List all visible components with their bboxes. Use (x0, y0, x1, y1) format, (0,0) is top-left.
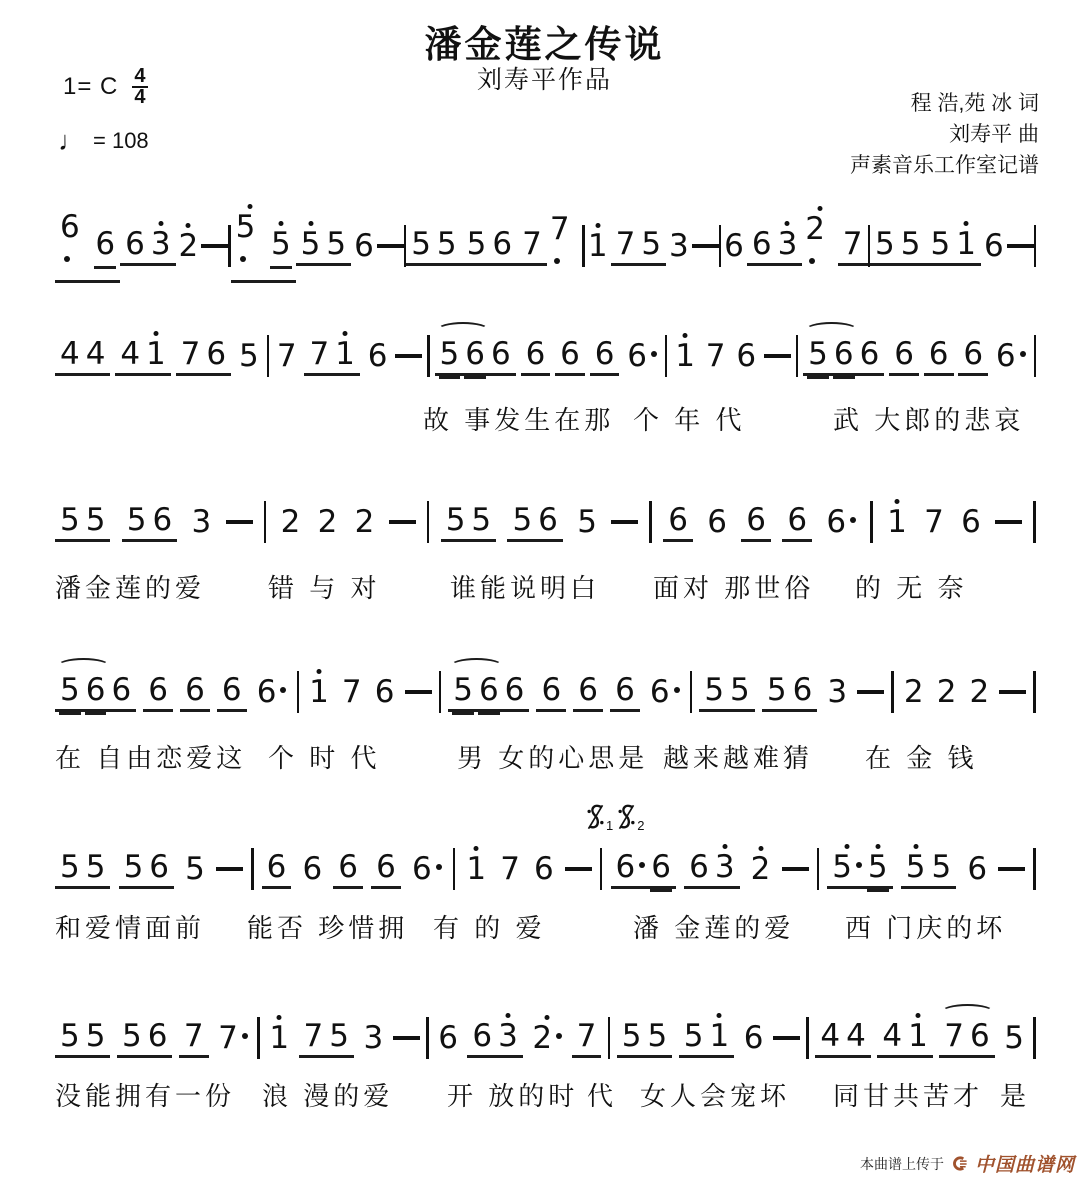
augmentation-dot (242, 1033, 248, 1039)
octave-dot (595, 223, 600, 228)
note: 4 (117, 337, 143, 371)
octave-dot (875, 844, 880, 849)
note-group: 55 (296, 227, 351, 266)
lyric-group: 没能拥有一份 (55, 1076, 235, 1113)
lyric-group: 代 (587, 1076, 617, 1113)
music-line: 4441765771656666661765666666 (55, 332, 1036, 380)
lyric-group: 是 (1000, 1076, 1030, 1113)
octave-dot (683, 333, 688, 338)
octave-dot (186, 223, 191, 228)
augmentation-dot (1020, 351, 1026, 357)
note-group: 55 (901, 850, 956, 889)
note-group: 55 (231, 210, 296, 283)
note: 6 (57, 210, 92, 278)
note-group: 6 (573, 673, 603, 712)
note: 4 (83, 337, 109, 371)
lyric-group: 越来越难猜 (663, 738, 813, 775)
note: 1 (953, 227, 979, 261)
note: 5 (638, 227, 664, 261)
note: 5 (443, 503, 469, 537)
dash-note (201, 244, 228, 248)
barline (806, 1017, 809, 1059)
note: 5 (619, 1019, 645, 1053)
lyric-group: 的 无 奈 (855, 568, 967, 605)
lyrics-line: 和爱情面前能否 珍惜拥有 的 爱潘 金莲的爱西 门庆的坏 (55, 908, 1065, 942)
dash-note (995, 520, 1022, 524)
note: 6 (686, 850, 712, 884)
note-group: 6 (365, 339, 391, 373)
note-group: 56 (507, 503, 562, 542)
note: 6 (958, 505, 984, 539)
note: 6 (557, 337, 583, 371)
note-group: 41 (877, 1019, 932, 1058)
lyrics-line: 没能拥有一份浪 漫的爱开 放的时代女人会宠坏同甘共苦才是 (55, 1076, 1065, 1110)
augmentation-dot (436, 864, 442, 870)
note: 7 (339, 675, 365, 709)
note-group: 7 (215, 1021, 251, 1055)
note-group: 6 (733, 339, 759, 373)
barline (1034, 225, 1036, 267)
note: 6 (462, 337, 488, 371)
dash-note (999, 690, 1026, 694)
note: 5 (764, 673, 790, 707)
tempo-marking: ♩ = 108 (58, 128, 149, 154)
segno-number: 1 (606, 821, 613, 831)
lyric-group: 有 的 爱 (433, 908, 545, 945)
lyric-group: 个 年 代 (633, 400, 745, 437)
dash-note (216, 867, 243, 871)
note-group: 566 (435, 337, 516, 376)
barline (257, 1017, 260, 1059)
note-group: 1 (672, 339, 698, 373)
note: 7 (921, 505, 947, 539)
note: 1 (332, 337, 358, 371)
note: 6 (624, 339, 660, 373)
note-group: 63 (120, 227, 175, 266)
note: 2 (967, 675, 993, 709)
lyric-group: 个 时 代 (268, 738, 380, 775)
note-group: 6 (647, 675, 683, 709)
lyric-group: 浪 漫的爱 (262, 1076, 393, 1113)
note: 1 (905, 1019, 931, 1053)
note: 3 (361, 1021, 387, 1055)
octave-dot (913, 844, 918, 849)
note: 5 (903, 850, 929, 884)
barline (1033, 1017, 1036, 1059)
lyric-group: 男 女的心思是 (457, 738, 648, 775)
time-numerator: 4 (132, 68, 147, 88)
composer-credit: 刘寿平 曲 (850, 119, 1039, 150)
barline (608, 1017, 611, 1059)
site-logo-icon (951, 1155, 968, 1172)
note-group: 7 (572, 1019, 602, 1058)
note-group: 566 (55, 673, 136, 712)
barline (665, 335, 668, 377)
note: 6 (613, 850, 649, 884)
note: 5 (268, 227, 294, 261)
augmentation-dot (240, 256, 246, 262)
note-group: 3 (824, 675, 850, 709)
note: 5 (408, 227, 434, 261)
note-group: 3 (361, 1021, 387, 1055)
note: 6 (741, 1021, 767, 1055)
note-group: 6 (823, 505, 859, 539)
note: 3 (666, 229, 692, 263)
note: 5 (57, 1019, 83, 1053)
note-group: 2 (802, 212, 838, 280)
note-group: 56 (122, 503, 177, 542)
note: 5 (323, 227, 349, 261)
barline (796, 335, 799, 377)
barline (453, 848, 456, 890)
note: 6 (489, 227, 515, 261)
note-group: 1 (266, 1021, 292, 1055)
note-group: 7 (274, 339, 300, 373)
note-group: 6 (254, 675, 290, 709)
note-group: 56 (762, 673, 817, 712)
note: 5 (509, 503, 535, 537)
note: 7 (215, 1021, 251, 1055)
note-group: 63 (684, 850, 739, 889)
site-name: 中国曲谱网 (975, 1150, 1075, 1177)
note: 7 (274, 339, 300, 373)
note: 2 (934, 675, 960, 709)
dash-note (782, 867, 809, 871)
segno-icon (617, 803, 636, 831)
augmentation-dot (639, 862, 645, 868)
note-group: 76 (939, 1019, 994, 1058)
note-group: 3 (666, 229, 692, 263)
barline (817, 848, 820, 890)
note-group: 6 (351, 229, 377, 263)
note: 6 (146, 850, 172, 884)
augmentation-dot (809, 258, 815, 264)
note-group: 63 (747, 227, 802, 266)
quarter-note-icon: ♩ (58, 130, 85, 152)
note: 5 (83, 850, 109, 884)
note: 3 (712, 850, 738, 884)
barline (600, 848, 603, 890)
note: 2 (901, 675, 927, 709)
note: 6 (476, 673, 502, 707)
octave-dot (722, 844, 727, 849)
dash-note (857, 690, 884, 694)
note: 7 (613, 227, 639, 261)
dash-note (764, 354, 791, 358)
note: 6 (704, 505, 730, 539)
time-denominator: 4 (134, 88, 145, 106)
note: 7 (181, 1019, 207, 1053)
note: 4 (817, 1019, 843, 1053)
note: 5 (829, 850, 865, 884)
key-signature: 1= C 4 4 (63, 68, 148, 106)
octave-dot (818, 206, 823, 211)
note: 5 (468, 503, 494, 537)
note: 6 (981, 229, 1007, 263)
note-group: 2 (529, 1021, 565, 1055)
note-group: 2 (934, 675, 960, 709)
music-line: 55565666661766663255556 (55, 845, 1036, 893)
note-group: 6 (721, 229, 747, 263)
note-group: 6 (371, 850, 401, 889)
note-group: 7 (179, 1019, 209, 1058)
octave-dot (894, 499, 899, 504)
note: 6 (721, 229, 747, 263)
note: 6 (299, 852, 325, 886)
octave-dot (915, 1013, 920, 1018)
note-group: 75 (299, 1019, 354, 1058)
note-group: 6 (741, 503, 771, 542)
note: 2 (278, 505, 304, 539)
lyrics-line: 在 自由恋爱这个 时 代男 女的心思是越来越难猜在 金 钱 (55, 738, 1065, 772)
barline (690, 671, 693, 713)
note-group: 5 (236, 339, 262, 373)
barline (427, 501, 430, 543)
octave-dot (785, 221, 790, 226)
note-group: 5 (574, 505, 600, 539)
note-group: 1 (585, 229, 611, 263)
barline (264, 501, 267, 543)
octave-dot (153, 331, 158, 336)
note-group: 1 (884, 505, 910, 539)
note-group: 6 (521, 337, 551, 376)
note: 5 (57, 850, 83, 884)
note: 6 (790, 673, 816, 707)
octave-dot (343, 331, 348, 336)
note-group: 2 (278, 505, 304, 539)
dash-note (692, 244, 719, 248)
note: 6 (823, 505, 859, 539)
barline (891, 671, 894, 713)
lyric-group: 面对 那世俗 (653, 568, 814, 605)
dash-note (611, 520, 638, 524)
music-line: 5666666176566666655563222 (55, 668, 1036, 716)
note: 6 (891, 337, 917, 371)
lyric-group: 谁能说明白 (450, 568, 600, 605)
note: 6 (203, 337, 229, 371)
music-line: 666325555655567717536632755516 (55, 222, 1036, 270)
note: 6 (857, 337, 883, 371)
note: 6 (182, 673, 208, 707)
note: 6 (733, 339, 759, 373)
note: 1 (463, 852, 489, 886)
note-group: 55 (406, 227, 461, 266)
barline (426, 1017, 429, 1059)
octave-dot (474, 846, 479, 851)
note-group: 55 (55, 1019, 110, 1058)
note: 5 (233, 210, 268, 278)
note: 6 (264, 850, 290, 884)
note-group: 6 (143, 673, 173, 712)
note: 6 (523, 337, 549, 371)
note: 6 (960, 337, 986, 371)
note: 2 (176, 229, 202, 263)
lyric-group: 和爱情面前 (55, 908, 205, 945)
augmentation-dot (280, 687, 286, 693)
note: 6 (964, 852, 990, 886)
note: 6 (254, 675, 290, 709)
note-group: 6 (409, 852, 445, 886)
note-group: 66 (55, 210, 120, 283)
dash-note (405, 690, 432, 694)
barline (870, 501, 873, 543)
lyric-group: 潘 金莲的爱 (633, 908, 794, 945)
note-group: 1 (463, 852, 489, 886)
note: 5 (872, 227, 898, 261)
note: 6 (612, 673, 638, 707)
note-group: 6 (555, 337, 585, 376)
lyric-group: 武 大郎的悲哀 (833, 400, 1024, 437)
note: 7 (703, 339, 729, 373)
augmentation-dot (674, 687, 680, 693)
transcriber-credit: 声素音乐工作室记谱 (850, 150, 1039, 181)
note-group: 55 (617, 1019, 672, 1058)
note: 5 (83, 503, 109, 537)
sheet-page: 潘金莲之传说 刘寿平作品 1= C 4 4 ♩ = 108 程 浩,苑 冰 词 … (0, 0, 1089, 1185)
note: 7 (519, 227, 545, 261)
segno-icon: 1 (586, 803, 613, 831)
octave-dot (758, 846, 763, 851)
note: 5 (236, 339, 262, 373)
lyric-group: 西 门庆的坏 (845, 908, 1006, 945)
lyric-group: 错 与 对 (268, 568, 380, 605)
augmentation-dot (651, 351, 657, 357)
barline (649, 501, 652, 543)
lyric-group: 在 自由恋爱这 (55, 738, 246, 775)
note: 4 (843, 1019, 869, 1053)
note-group: 75 (611, 227, 666, 266)
note-group: 6 (333, 850, 363, 889)
segno-marks: 1 2 (586, 803, 644, 831)
note-group: 1 (306, 675, 332, 709)
note: 6 (122, 227, 148, 261)
note-group: 55 (55, 503, 110, 542)
note-group: 55 (699, 673, 754, 712)
note-group: 7 (703, 339, 729, 373)
note: 5 (898, 227, 924, 261)
barline (267, 335, 270, 377)
note: 3 (495, 1019, 521, 1053)
lyrics-line: 故 事发生在那个 年 代武 大郎的悲哀 (55, 400, 1065, 434)
segno-number: 2 (637, 821, 644, 831)
lyric-group: 开 放的时 (447, 1076, 578, 1113)
note-group: 3 (189, 505, 215, 539)
note: 6 (749, 227, 775, 261)
lyric-group: 故 事发生在那 (423, 400, 614, 437)
note: 7 (178, 337, 204, 371)
note: 5 (124, 503, 150, 537)
note: 2 (352, 505, 378, 539)
note: 6 (92, 227, 118, 261)
note: 1 (143, 337, 169, 371)
barline (297, 671, 300, 713)
augmentation-dot (64, 256, 70, 262)
note: 6 (83, 673, 109, 707)
note-group: 56 (117, 1019, 172, 1058)
note: 6 (575, 673, 601, 707)
note-group: 55 (55, 850, 110, 889)
octave-dot (277, 1015, 282, 1020)
note-group: 2 (748, 852, 774, 886)
note-group: 6 (964, 852, 990, 886)
lyric-group: 女人会宠坏 (640, 1076, 790, 1113)
note: 5 (298, 227, 324, 261)
note: 6 (372, 675, 398, 709)
note-group: 6 (958, 337, 988, 376)
note: 5 (645, 1019, 671, 1053)
note: 6 (592, 337, 618, 371)
note-group: 6 (180, 673, 210, 712)
note-group: 6 (782, 503, 812, 542)
note-group: 51 (925, 227, 980, 266)
note: 6 (535, 503, 561, 537)
dash-note (565, 867, 592, 871)
note-group: 66 (611, 850, 676, 889)
note-group: 2 (352, 505, 378, 539)
note: 6 (373, 850, 399, 884)
note-group: 44 (815, 1019, 870, 1058)
note: 7 (941, 1019, 967, 1053)
note: 6 (784, 503, 810, 537)
note-group: 56 (119, 850, 174, 889)
note-group: 6 (531, 852, 557, 886)
dash-note (226, 520, 253, 524)
music-line: 555632225556566666176 (55, 498, 1036, 546)
note: 6 (145, 673, 171, 707)
lyric-group: 在 金 钱 (865, 738, 977, 775)
note: 5 (182, 852, 208, 886)
note-group: 6 (704, 505, 730, 539)
note: 3 (148, 227, 174, 261)
note: 6 (145, 1019, 171, 1053)
note-group: 5 (1001, 1021, 1027, 1055)
note: 6 (335, 850, 361, 884)
note-group: 2 (901, 675, 927, 709)
note: 6 (648, 850, 674, 884)
note-group: 2 (967, 675, 993, 709)
note-group: 6 (536, 673, 566, 712)
note: 2 (802, 212, 838, 280)
note-group: 6 (435, 1021, 461, 1055)
note: 6 (219, 673, 245, 707)
note-group: 7 (339, 675, 365, 709)
note: 7 (840, 227, 866, 261)
segno-icon: 2 (617, 803, 644, 831)
note: 5 (1001, 1021, 1027, 1055)
dash-note (389, 520, 416, 524)
note: 2 (529, 1021, 565, 1055)
lyricist-credit: 程 浩,苑 冰 词 (850, 88, 1039, 119)
note: 6 (926, 337, 952, 371)
note-group: 6 (590, 337, 620, 376)
note-group: 41 (115, 337, 170, 376)
note: 6 (538, 673, 564, 707)
note-group: 76 (176, 337, 231, 376)
dash-note (998, 867, 1025, 871)
note: 5 (437, 337, 463, 371)
note: 5 (464, 227, 490, 261)
note: 1 (266, 1021, 292, 1055)
note-group: 6 (262, 850, 292, 889)
note: 7 (301, 1019, 327, 1053)
note: 6 (967, 1019, 993, 1053)
octave-dot (158, 221, 163, 226)
note-group: 56 (462, 227, 517, 266)
note-group: 6 (624, 339, 660, 373)
note: 5 (865, 850, 891, 884)
note: 4 (879, 1019, 905, 1053)
note: 5 (121, 850, 147, 884)
